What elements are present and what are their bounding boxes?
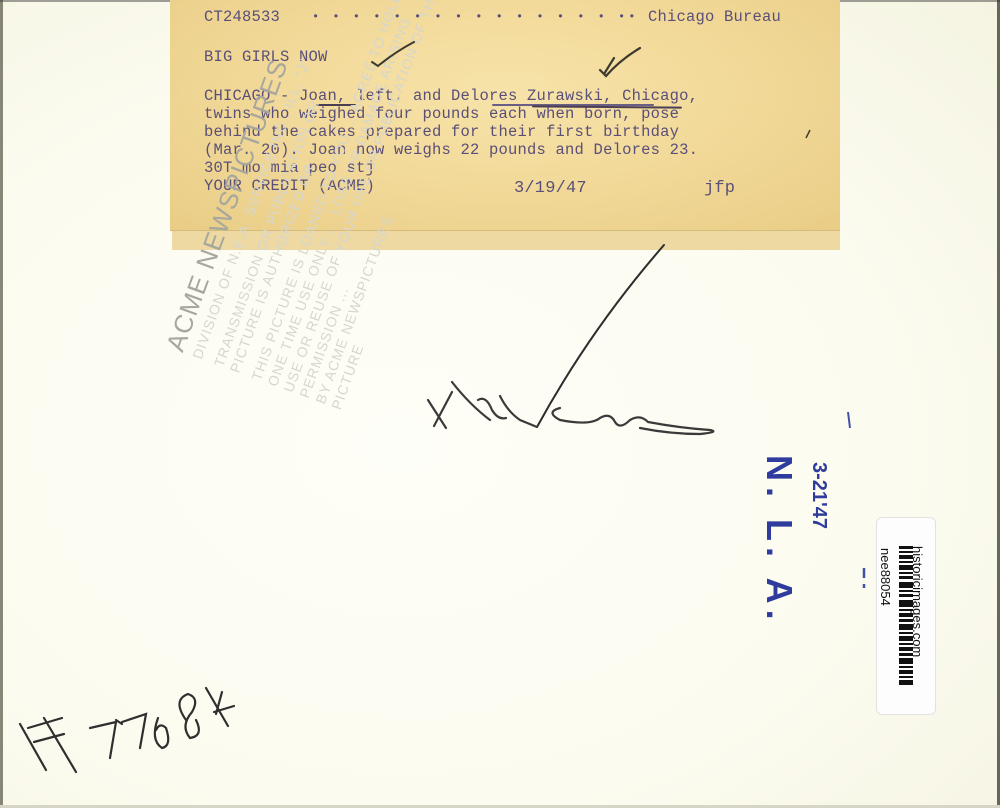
check-mark-icon: [372, 42, 414, 66]
archive-site-name: historicimages.com: [910, 546, 925, 657]
file-number-handwriting: [20, 688, 234, 772]
check-mark-icon: [600, 48, 640, 76]
stray-ink-mark: [848, 412, 850, 428]
signature-icon: [428, 382, 713, 434]
stray-pencil-mark: [806, 130, 810, 138]
long-check-stroke: [537, 245, 664, 427]
archive-barcode-label: historicimages.com nee88054: [876, 517, 936, 715]
archive-item-code: nee88054: [878, 548, 893, 606]
handwriting-marks: [0, 0, 1000, 808]
